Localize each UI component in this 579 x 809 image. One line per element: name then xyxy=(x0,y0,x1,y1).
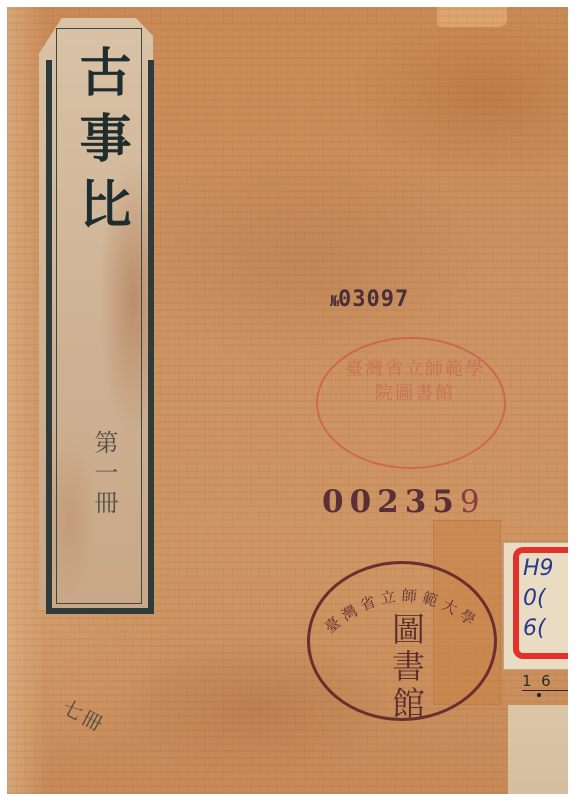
copy-dot xyxy=(537,693,541,697)
number-sign: № xyxy=(330,292,338,310)
register-number-last-digit: 9 xyxy=(460,484,486,520)
paper-strip xyxy=(508,705,568,794)
register-number-stamp: 002359 xyxy=(322,484,486,520)
library-stamp-center-text: 圖書館 xyxy=(380,612,426,723)
accession-number-value: 03097 xyxy=(338,287,409,312)
accession-number-stamp: №03097 xyxy=(330,287,409,312)
red-oval-stamp-text: 臺灣省立師範學院圖書館 xyxy=(345,358,485,406)
call-number-text: H9 0( 6( xyxy=(523,554,573,644)
worn-patch xyxy=(437,7,507,27)
register-number-digits: 00235 xyxy=(322,484,460,520)
page-margin xyxy=(568,7,579,794)
copy-number: 1 6 xyxy=(522,672,572,691)
book-title: 古事比 xyxy=(60,45,140,243)
volume-label: 第一冊 xyxy=(82,430,122,520)
